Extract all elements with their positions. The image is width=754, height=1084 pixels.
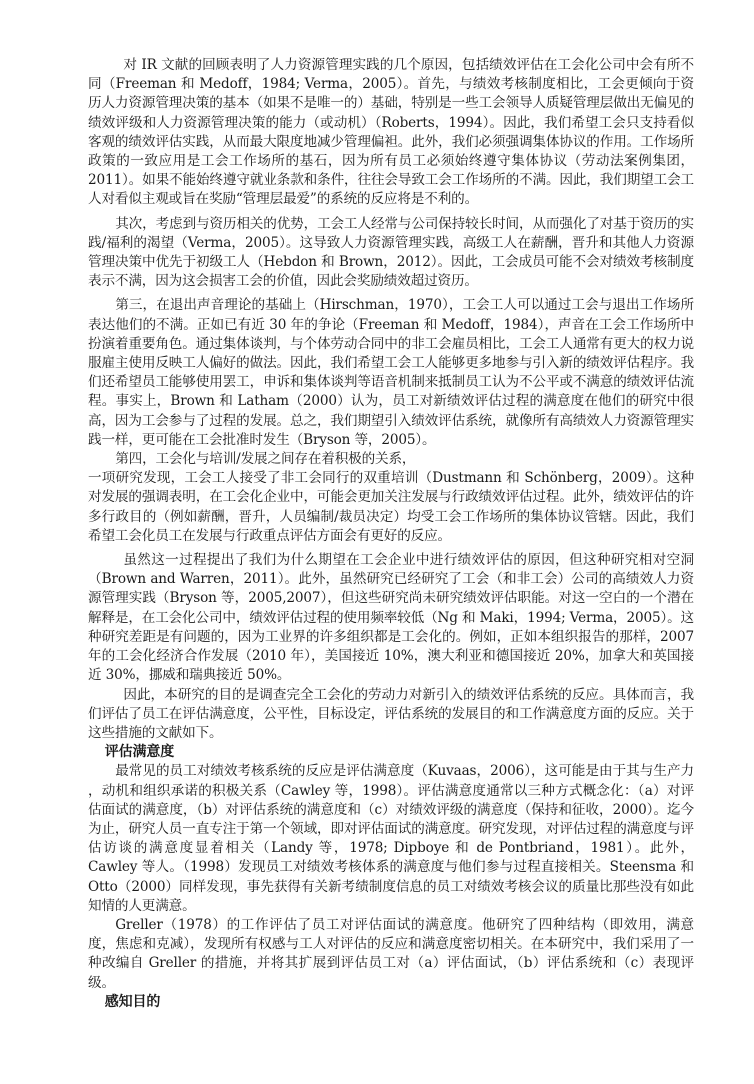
paragraph-seniority-advantages: 其次，考虑到与资历相关的优势，工会工人经常与公司保持较长时间，从而强化了对基于资… <box>88 215 694 292</box>
section-heading-appraisal-satisfaction: 评估满意度 <box>88 743 694 762</box>
paragraph-study-purpose: 因此，本研究的目的是调查完全工会化的劳动力对新引入的绩效评估系统的反应。具体而言… <box>88 686 694 744</box>
paragraph-training-development: 一项研究发现，工会工人接受了非工会同行的双重培训（Dustmann 和 Schö… <box>88 469 694 546</box>
paragraph-research-gap: 虽然这一过程提出了我们为什么期望在工会企业中进行绩效评估的原因，但这种研究相对空… <box>88 551 694 685</box>
section-heading-perceived-purpose: 感知目的 <box>88 993 694 1012</box>
document-page: 对 IR 文献的回顾表明了人力资源管理实践的几个原因，包括绩效评估在工会化公司中… <box>88 56 694 1012</box>
paragraph-training-development-intro: 第四，工会化与培训/发展之间存在着积极的关系， <box>88 450 694 469</box>
paragraph-appraisal-satisfaction: 最常见的员工对绩效考核系统的反应是评估满意度（Kuvaas，2006），这可能是… <box>88 762 694 916</box>
paragraph-greller-study: Greller（1978）的工作评估了员工对评估面试的满意度。他研究了四种结构（… <box>88 916 694 993</box>
paragraph-ir-literature-review: 对 IR 文献的回顾表明了人力资源管理实践的几个原因，包括绩效评估在工会化公司中… <box>88 56 694 210</box>
paragraph-exit-voice-theory: 第三，在退出声音理论的基础上（Hirschman，1970），工会工人可以通过工… <box>88 296 694 450</box>
